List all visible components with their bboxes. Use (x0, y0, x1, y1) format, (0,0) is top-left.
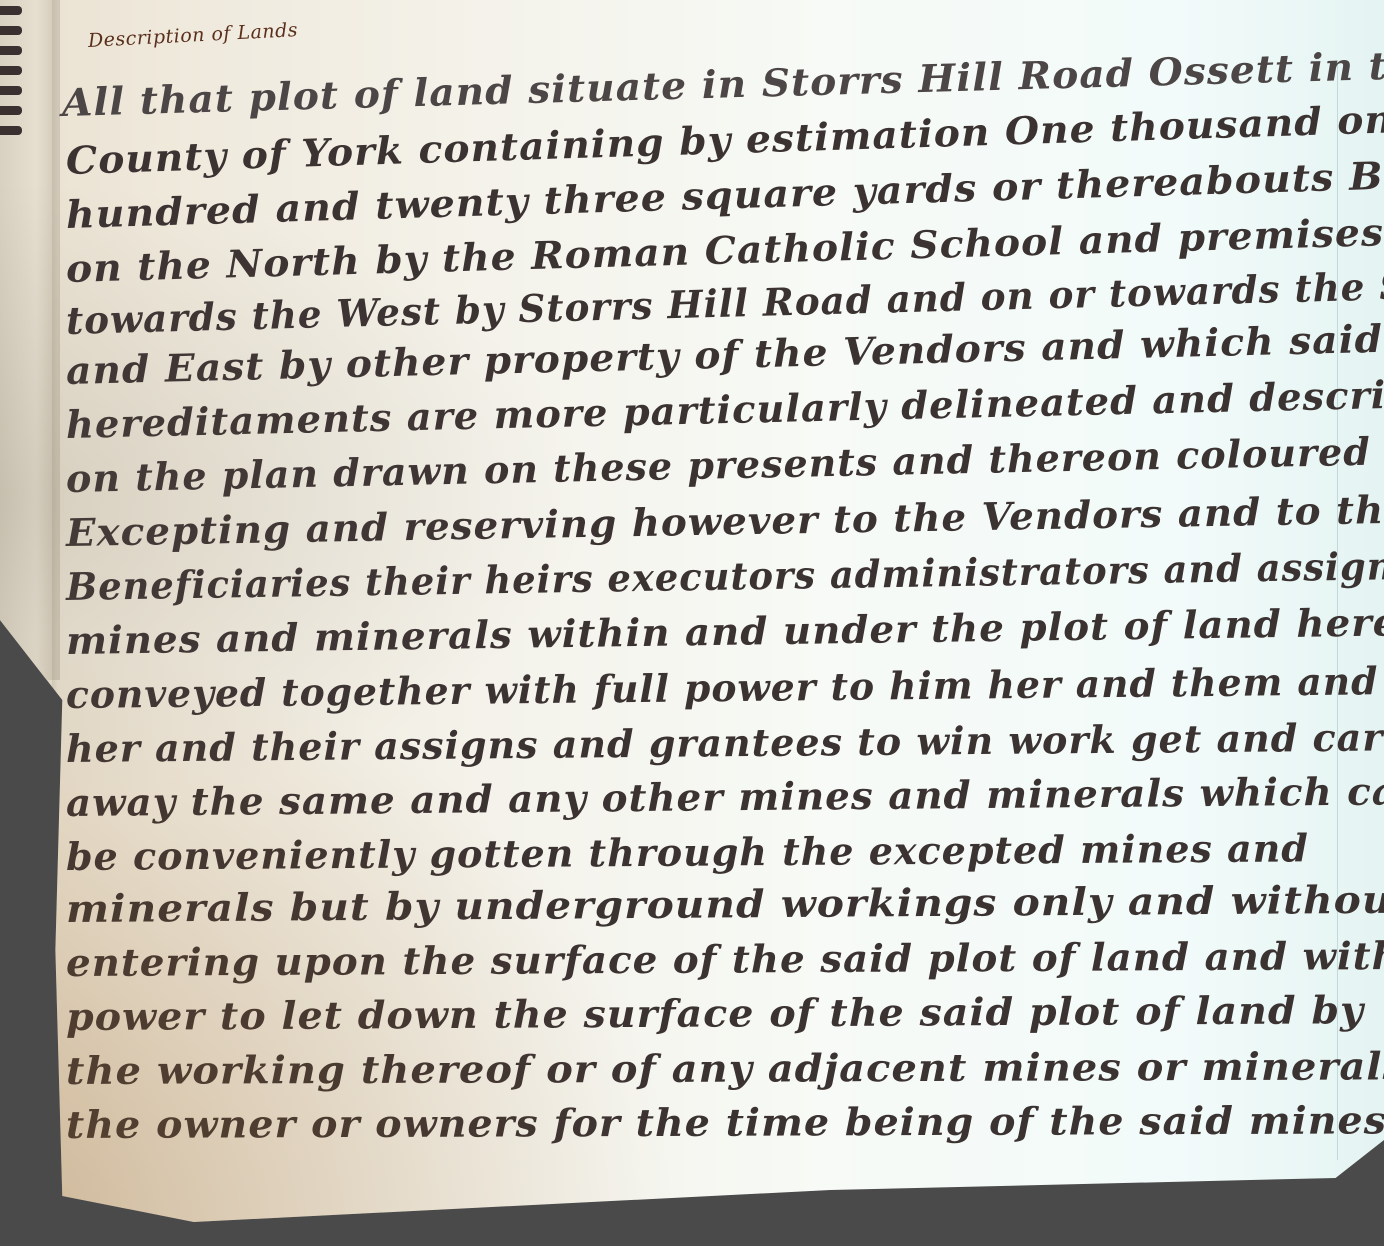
document-photo: Description of Lands All that plot of la… (0, 0, 1384, 1246)
deed-page: Description of Lands All that plot of la… (0, 0, 1384, 1246)
page-binding (0, 0, 60, 680)
deed-line: her and their assigns and grantees to wi… (66, 714, 1384, 771)
deed-line: Beneficiaries their heirs executors admi… (66, 542, 1384, 609)
deed-line: conveyed together with full power to him… (66, 657, 1384, 717)
deed-line: mines and minerals within and under the … (66, 599, 1384, 663)
binding-stitch-marks (0, 6, 22, 146)
deed-line: power to let down the surface of the sai… (66, 987, 1364, 1039)
deed-line: the working thereof or of any adjacent m… (66, 1043, 1384, 1093)
deed-line: away the same and any other mines and mi… (66, 768, 1384, 825)
deed-line: be conveniently gotten through the excep… (66, 825, 1309, 879)
deed-line: minerals but by underground workings onl… (66, 877, 1384, 931)
deed-line: entering upon the surface of the said pl… (66, 933, 1384, 985)
deed-line: the owner or owners for the time being o… (66, 1097, 1384, 1147)
page-fold-shadow (52, 0, 58, 700)
section-heading: Description of Lands (87, 19, 298, 52)
